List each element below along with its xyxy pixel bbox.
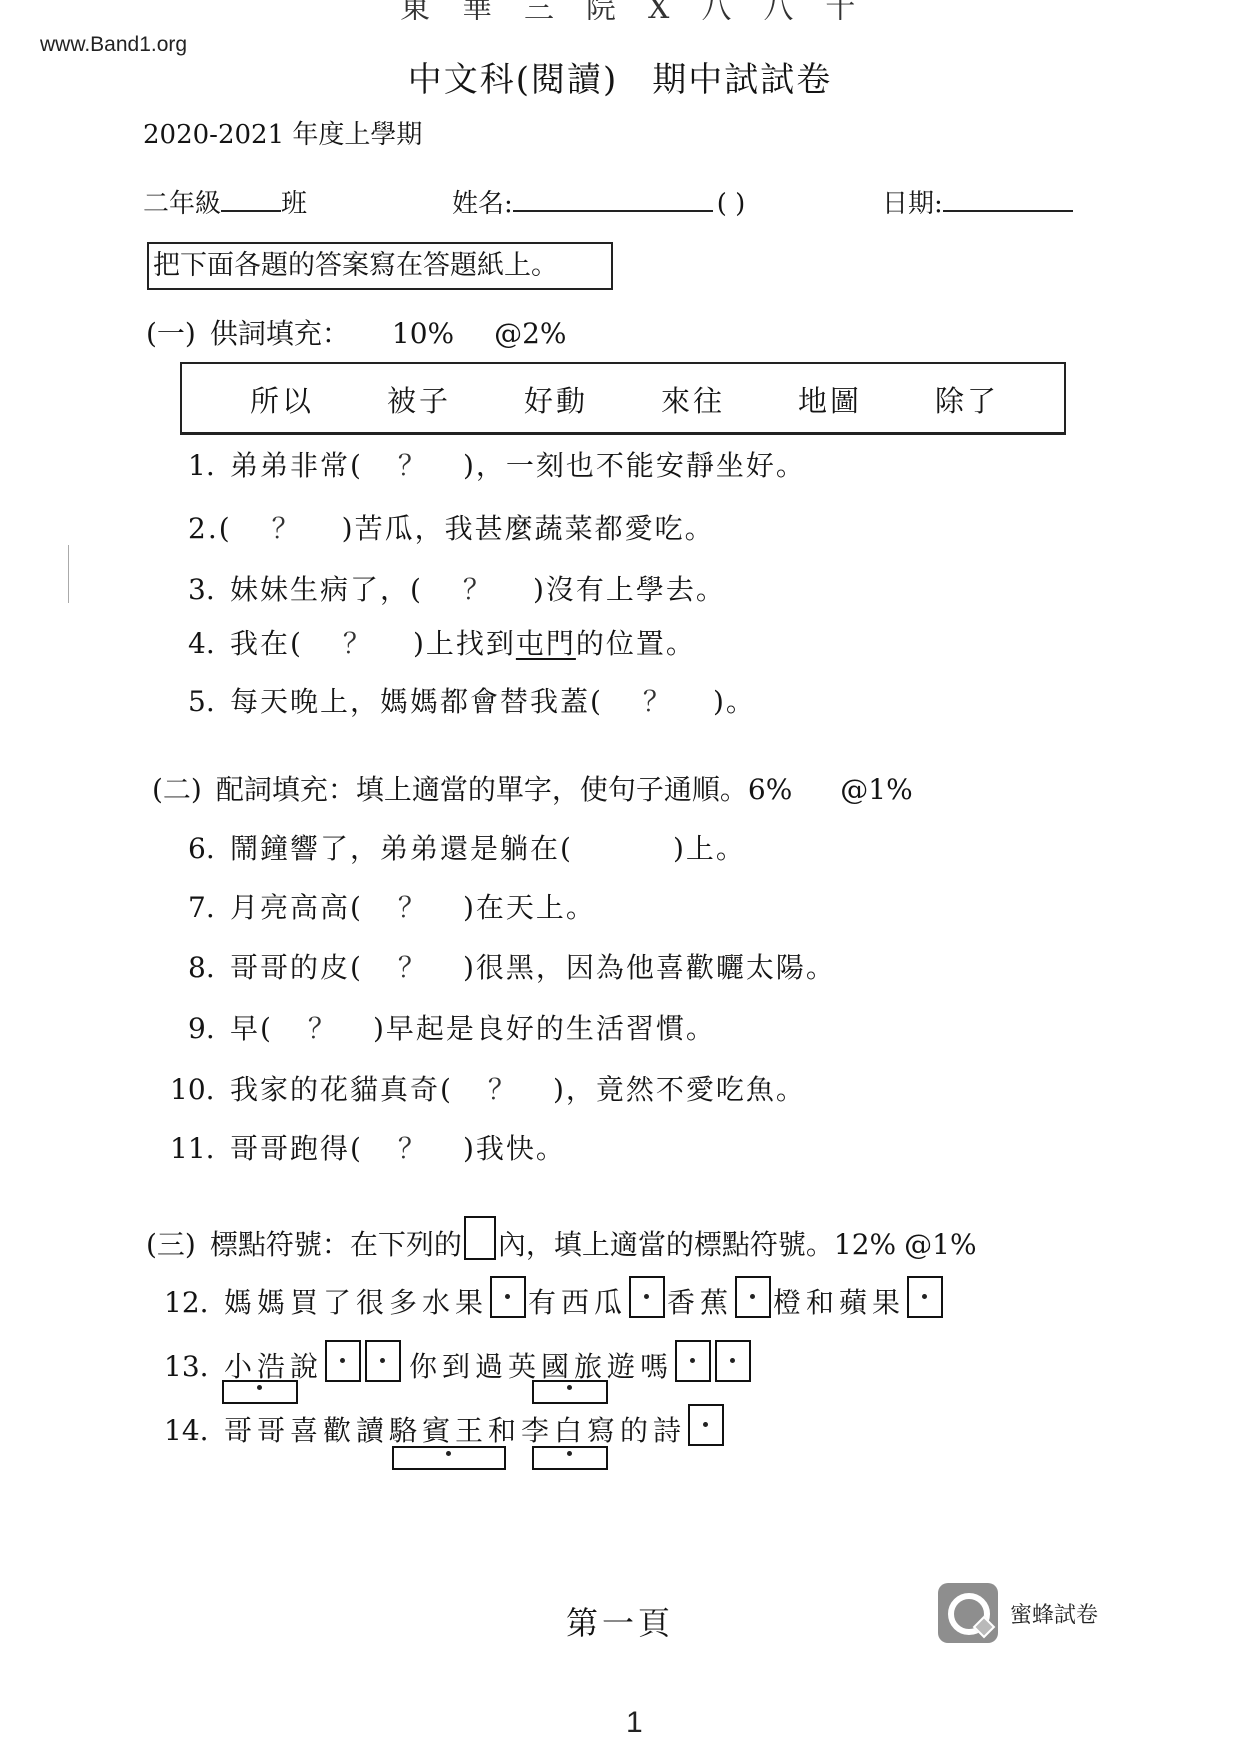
question-2: 2.(？)苦瓜，我甚麼蔬菜都愛吃。 (188, 507, 715, 547)
dot-mark (750, 1294, 755, 1299)
section-1-number: (一) (146, 317, 196, 350)
section-2-per-item: @1% (840, 773, 912, 806)
school-year: 2020-2021 年度上學期 (143, 114, 422, 151)
question-12: 12.媽媽買了很多水果有西瓜香蕉橙和蘋果 (164, 1276, 945, 1321)
question-text: 香蕉 (667, 1286, 733, 1319)
question-text: 早( (230, 1012, 273, 1045)
question-14: 14.哥哥喜歡讀駱賓王和李白寫的詩 (164, 1404, 726, 1449)
punctuation-box[interactable] (907, 1276, 943, 1318)
answer-blank[interactable]: ？ (273, 1007, 373, 1047)
question-text: 哥哥跑得( (230, 1132, 363, 1165)
question-text: )上找到 (413, 627, 516, 660)
question-text: )我快。 (463, 1132, 566, 1165)
question-number: 12. (164, 1286, 224, 1319)
answer-blank[interactable]: ？ (363, 444, 463, 484)
answer-blank[interactable]: ？ (303, 622, 413, 662)
punctuation-box[interactable] (688, 1404, 724, 1446)
punctuation-box[interactable] (490, 1276, 526, 1318)
dot-mark (257, 1385, 262, 1390)
question-text: ( (219, 512, 232, 545)
date-blank[interactable] (943, 186, 1073, 212)
section-3-heading: (三)標點符號：在下列的內，填上適當的標點符號。12%@1% (146, 1216, 977, 1263)
question-text: )，一刻也不能安靜坐好。 (463, 449, 806, 482)
question-text: 有西瓜 (528, 1286, 627, 1319)
answer-blank[interactable]: ？ (363, 946, 463, 986)
question-text: 媽媽買了很多水果 (224, 1286, 488, 1319)
question-number: 10. (170, 1073, 230, 1106)
question-text: )沒有上學去。 (533, 573, 726, 606)
grade-label: 二年級 (143, 189, 221, 219)
underline-box-libai[interactable] (532, 1446, 608, 1470)
question-10: 10.我家的花貓真奇(？)，竟然不愛吃魚。 (170, 1068, 806, 1108)
question-text: 我家的花貓真奇( (230, 1073, 453, 1106)
punctuation-box[interactable] (715, 1340, 751, 1382)
question-number: 4. (188, 627, 230, 660)
question-11: 11.哥哥跑得(？)我快。 (170, 1127, 566, 1167)
title-subject: 中文科(閱讀) (408, 60, 619, 100)
question-number: 3. (188, 573, 230, 606)
question-number: 9. (188, 1012, 230, 1045)
date-field: 日期: (882, 183, 1073, 220)
name-label: 姓名: (452, 189, 513, 219)
example-blank-box (464, 1216, 496, 1260)
section-2-title: 配詞填充：填上適當的單字，使句子通順。 (216, 773, 748, 806)
question-text: 哥哥喜歡讀駱賓王和李白寫的詩 (224, 1414, 686, 1447)
instruction-box: 把下面各題的答案寫在答題紙上。 (147, 242, 613, 290)
name-field: 姓名:( ) (452, 183, 745, 220)
word-bank-item: 被子 (387, 379, 451, 420)
underline-box-luobinwang[interactable] (392, 1446, 506, 1470)
question-text: )很黑，因為他喜歡曬太陽。 (463, 951, 836, 984)
class-label: 班 (281, 189, 307, 219)
answer-blank[interactable]: ？ (363, 1127, 463, 1167)
answer-blank[interactable]: ？ (603, 680, 713, 720)
page-number: 1 (626, 1706, 643, 1740)
section-3-number: (三) (146, 1228, 196, 1261)
date-label: 日期: (882, 189, 943, 219)
section-1-per-item: @2% (494, 317, 566, 350)
word-bank-item: 除了 (935, 379, 999, 420)
dot-mark (446, 1451, 451, 1456)
answer-blank[interactable]: ？ (453, 1068, 553, 1108)
word-bank-item: 所以 (250, 379, 314, 420)
punctuation-box[interactable] (735, 1276, 771, 1318)
question-text: 月亮高高( (230, 891, 363, 924)
dot-mark (505, 1294, 510, 1299)
question-1: 1.弟弟非常(？)，一刻也不能安靜坐好。 (188, 444, 806, 484)
question-number: 14. (164, 1414, 224, 1447)
section-1-heading: (一)供詞填充：10%@2% (146, 312, 567, 352)
proper-noun-underlined: 屯門 (516, 627, 576, 660)
page-title: 中文科(閱讀)期中試試卷 (0, 52, 1240, 101)
section-3-score: 12% (834, 1228, 896, 1261)
grade-field: 二年級班 (143, 183, 307, 220)
dot-mark (380, 1358, 385, 1363)
question-number: 6. (188, 832, 230, 865)
question-text: )苦瓜，我甚麼蔬菜都愛吃。 (342, 512, 715, 545)
title-exam: 期中試試卷 (652, 60, 832, 100)
underline-box-xiaohao[interactable] (222, 1380, 298, 1404)
question-text: 哥哥的皮( (230, 951, 363, 984)
dot-mark (567, 1385, 572, 1390)
question-number: 11. (170, 1132, 230, 1165)
question-5: 5.每天晚上，媽媽都會替我蓋(？)。 (188, 680, 756, 720)
question-text: )早起是良好的生活習慣。 (373, 1012, 716, 1045)
section-3-title: 標點符號：在下列的 (210, 1228, 462, 1261)
dot-mark (690, 1358, 695, 1363)
question-number: 1. (188, 449, 230, 482)
question-number: 7. (188, 891, 230, 924)
question-4: 4.我在(？)上找到屯門的位置。 (188, 622, 696, 662)
question-number: 2. (188, 512, 219, 545)
question-number: 13. (164, 1350, 224, 1383)
punctuation-box[interactable] (629, 1276, 665, 1318)
section-2-heading: (二)配詞填充：填上適當的單字，使句子通順。6%@1% (152, 768, 913, 808)
section-2-score: 6% (748, 773, 792, 806)
answer-blank[interactable]: ？ (232, 507, 342, 547)
question-text: )上。 (673, 832, 746, 865)
question-number: 8. (188, 951, 230, 984)
question-text: 每天晚上，媽媽都會替我蓋( (230, 685, 603, 718)
section-3-per-item: @1% (904, 1228, 976, 1261)
question-6: 6.鬧鐘響了，弟弟還是躺在()上。 (188, 827, 746, 867)
brand-text: 蜜蜂試卷 (1010, 1598, 1098, 1629)
section-2-number: (二) (152, 773, 202, 806)
scan-margin-mark (68, 545, 69, 603)
dot-mark (730, 1358, 735, 1363)
dot-mark (567, 1451, 572, 1456)
word-bank-item: 地圖 (798, 379, 862, 420)
word-bank-box: 所以 被子 好動 來往 地圖 除了 (180, 362, 1066, 435)
dot-mark (340, 1358, 345, 1363)
word-bank-item: 來往 (661, 379, 725, 420)
question-text: )。 (713, 685, 756, 718)
question-text: )，竟然不愛吃魚。 (553, 1073, 806, 1106)
question-7: 7.月亮高高(？)在天上。 (188, 886, 596, 926)
name-blank[interactable] (513, 186, 713, 212)
word-bank-item: 好動 (524, 379, 588, 420)
section-1-score: 10% (392, 317, 454, 350)
question-text: 的位置。 (576, 627, 696, 660)
bee-exam-logo-icon (938, 1583, 998, 1643)
section-1-title: 供詞填充： (210, 317, 350, 350)
punctuation-box[interactable] (325, 1340, 361, 1382)
class-blank[interactable] (221, 186, 281, 212)
question-text: )在天上。 (463, 891, 596, 924)
punctuation-box[interactable] (675, 1340, 711, 1382)
punctuation-box[interactable] (365, 1340, 401, 1382)
class-number-parens[interactable]: ( ) (717, 189, 746, 219)
question-text: 鬧鐘響了，弟弟還是躺在( (230, 832, 573, 865)
question-text: 你到過英國旅遊嗎 (409, 1350, 673, 1383)
question-text: 小浩說 (224, 1350, 323, 1383)
question-8: 8.哥哥的皮(？)很黑，因為他喜歡曬太陽。 (188, 946, 836, 986)
underline-box-england[interactable] (532, 1380, 608, 1404)
question-text: 妹妹生病了，( (230, 573, 423, 606)
dot-mark (644, 1294, 649, 1299)
question-text: 我在( (230, 627, 303, 660)
school-name-cutoff: 東華三院X八八十 倡小學 (400, 0, 860, 20)
answer-blank[interactable]: ？ (363, 886, 463, 926)
dot-mark (922, 1294, 927, 1299)
dot-mark (703, 1422, 708, 1427)
question-3: 3.妹妹生病了，(？)沒有上學去。 (188, 568, 726, 608)
question-text: 弟弟非常( (230, 449, 363, 482)
answer-blank[interactable]: ？ (423, 568, 533, 608)
question-13: 13.小浩說你到過英國旅遊嗎 (164, 1340, 753, 1385)
question-number: 5. (188, 685, 230, 718)
question-9: 9.早(？)早起是良好的生活習慣。 (188, 1007, 716, 1047)
question-text: 橙和蘋果 (773, 1286, 905, 1319)
section-3-title: 內，填上適當的標點符號。 (498, 1228, 834, 1261)
